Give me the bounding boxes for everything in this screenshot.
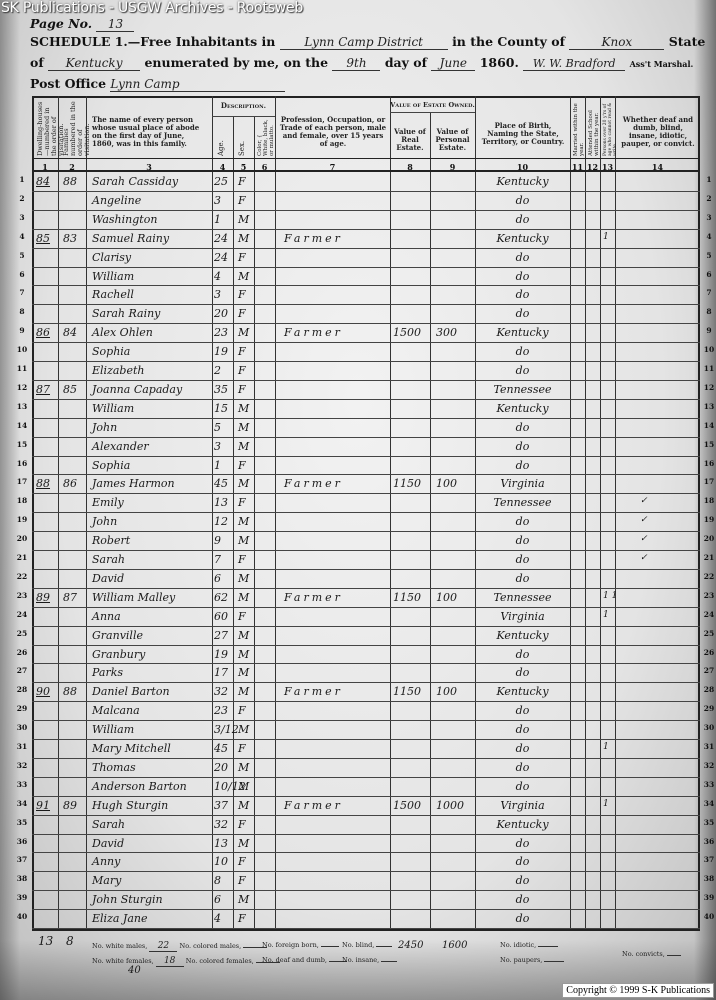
enumeration-line: of Kentucky enumerated by me, on the 9th… <box>30 55 693 71</box>
row-divider <box>32 777 700 778</box>
row-number-left: 7 <box>13 288 31 297</box>
row-number-right: 21 <box>700 553 716 562</box>
cell-birthplace: do <box>480 553 565 566</box>
cell-dwelling: 85 <box>36 232 50 245</box>
cell-occupation: Farmer <box>284 232 343 245</box>
cell-name: James Harmon <box>92 477 175 490</box>
row-number-left: 12 <box>13 383 31 392</box>
row-divider <box>32 701 700 702</box>
cell-birthplace: do <box>480 761 565 774</box>
cell-occupation: Farmer <box>284 799 343 812</box>
cell-birthplace: do <box>480 742 565 755</box>
row-number-left: 36 <box>13 837 31 846</box>
cell-age: 20 <box>214 307 228 320</box>
column-number: 5 <box>233 162 254 172</box>
column-divider <box>254 116 255 930</box>
cell-disability: ✓ <box>640 534 648 544</box>
cell-name: Joanna Capaday <box>92 383 182 396</box>
row-number-right: 22 <box>700 572 716 581</box>
cell-birthplace: do <box>480 345 565 358</box>
row-divider <box>32 229 700 230</box>
header-description: Description. <box>212 102 275 110</box>
cell-name: Washington <box>92 213 157 226</box>
cell-dwelling: 88 <box>36 477 50 490</box>
white-females-label: No. white females, <box>92 957 154 965</box>
cell-disability: ✓ <box>640 496 648 506</box>
idiotic-label: No. idiotic, <box>500 941 536 949</box>
cell-sex: M <box>238 591 249 604</box>
cell-sex: M <box>238 685 249 698</box>
cell-family: 87 <box>63 591 77 604</box>
paupers-label: No. paupers, <box>500 956 542 964</box>
post-office-label: Post Office <box>30 76 106 91</box>
row-divider <box>32 456 700 457</box>
row-divider <box>32 531 700 532</box>
footer-top-line <box>32 929 700 931</box>
row-number-left: 1 <box>13 175 31 184</box>
row-number-right: 27 <box>700 666 716 675</box>
column-number: 10 <box>475 162 570 172</box>
cell-name: Parks <box>92 666 123 679</box>
cell-sex: M <box>238 515 249 528</box>
row-divider <box>32 909 700 910</box>
footer-paupers: No. paupers, <box>500 956 564 964</box>
cell-sex: F <box>238 288 246 301</box>
cell-name: Hugh Sturgin <box>92 799 168 812</box>
row-divider <box>32 285 700 286</box>
cell-name: Sophia <box>92 345 130 358</box>
row-divider <box>32 210 700 211</box>
row-number-right: 6 <box>700 270 716 279</box>
cell-name: Sarah <box>92 818 125 831</box>
column-number: 11 <box>570 162 585 172</box>
row-number-right: 32 <box>700 761 716 770</box>
row-divider <box>32 663 700 664</box>
cell-sex: M <box>238 232 249 245</box>
row-number-left: 31 <box>13 742 31 751</box>
cell-sex: M <box>238 780 249 793</box>
cell-name: Elizabeth <box>92 364 144 377</box>
row-number-right: 19 <box>700 515 716 524</box>
footer-total-persons: 40 <box>128 965 141 976</box>
row-divider <box>32 682 700 683</box>
row-number-left: 38 <box>13 874 31 883</box>
row-number-left: 35 <box>13 818 31 827</box>
cell-age: 2 <box>214 364 221 377</box>
cell-age: 37 <box>214 799 228 812</box>
row-number-right: 20 <box>700 534 716 543</box>
census-page: SK Publications - USGW Archives - Rootsw… <box>0 0 716 1000</box>
cell-name: Daniel Barton <box>92 685 170 698</box>
cell-real-estate: 1150 <box>393 685 421 698</box>
column-number: 6 <box>254 162 275 172</box>
cell-birthplace: do <box>480 421 565 434</box>
cell-birthplace: Kentucky <box>480 402 565 415</box>
row-divider <box>32 834 700 835</box>
cell-sex: M <box>238 799 249 812</box>
cell-name: John <box>92 515 117 528</box>
row-number-left: 2 <box>13 194 31 203</box>
row-divider <box>32 399 700 400</box>
cell-birthplace: Kentucky <box>480 818 565 831</box>
row-number-left: 16 <box>13 459 31 468</box>
white-males-value: 22 <box>149 941 177 952</box>
row-number-right: 7 <box>700 288 716 297</box>
cell-sex: F <box>238 307 246 320</box>
cell-age: 13 <box>214 837 228 850</box>
row-number-right: 10 <box>700 345 716 354</box>
cell-sex: M <box>238 477 249 490</box>
row-divider <box>32 890 700 891</box>
cell-age: 6 <box>214 893 221 906</box>
row-number-right: 16 <box>700 459 716 468</box>
footer-insane: No. insane, <box>342 956 397 964</box>
cell-name: Granbury <box>92 648 145 661</box>
row-number-left: 40 <box>13 912 31 921</box>
colored-males-label: No. colored males, <box>180 942 242 950</box>
cell-name: Angeline <box>92 194 141 207</box>
cell-sex: F <box>238 175 246 188</box>
header-disability: Whether deaf and dumb, blind, insane, id… <box>620 116 696 148</box>
cell-age: 23 <box>214 326 228 339</box>
cell-family: 86 <box>63 477 77 490</box>
cell-birthplace: do <box>480 704 565 717</box>
day-of-label: day of <box>385 55 427 70</box>
cell-family: 89 <box>63 799 77 812</box>
white-males-label: No. white males, <box>92 942 147 950</box>
cell-personal-estate: 300 <box>436 326 457 339</box>
state-label: State <box>669 34 706 49</box>
row-divider <box>32 720 700 721</box>
cell-age: 3/12 <box>214 723 239 736</box>
footer-white-females: No. white females, 18 No. colored female… <box>92 956 280 967</box>
of-label: of <box>30 55 44 70</box>
row-divider <box>32 323 700 324</box>
header-school: Attended School within the year. <box>588 100 598 156</box>
cell-sex: F <box>238 553 246 566</box>
cell-age: 1 <box>214 459 221 472</box>
cell-birthplace: Kentucky <box>480 685 565 698</box>
cell-birthplace: do <box>480 307 565 320</box>
cell-name: Sarah Cassiday <box>92 175 178 188</box>
row-divider <box>32 852 700 853</box>
insane-blank <box>381 961 397 962</box>
cell-personal-estate: 100 <box>436 591 457 604</box>
row-number-right: 1 <box>700 175 716 184</box>
footer-white-males: No. white males, 22 No. colored males, <box>92 941 267 952</box>
row-number-right: 4 <box>700 232 716 241</box>
cell-age: 8 <box>214 874 221 887</box>
cell-sex: F <box>238 874 246 887</box>
row-number-right: 2 <box>700 194 716 203</box>
cell-sex: M <box>238 326 249 339</box>
column-number: 12 <box>585 162 600 172</box>
row-number-right: 35 <box>700 818 716 827</box>
cell-age: 32 <box>214 818 228 831</box>
cell-birthplace: do <box>480 364 565 377</box>
cell-age: 9 <box>214 534 221 547</box>
column-number: 3 <box>86 162 212 172</box>
cell-birthplace: do <box>480 666 565 679</box>
watermark: SK Publications - USGW Archives - Rootsw… <box>1 0 303 16</box>
cell-age: 4 <box>214 912 221 925</box>
cell-name: Granville <box>92 629 143 642</box>
row-number-right: 39 <box>700 893 716 902</box>
cell-sex: M <box>238 421 249 434</box>
row-divider <box>32 626 700 627</box>
header-estate: Value of Estate Owned. <box>390 101 475 109</box>
row-number-left: 24 <box>13 610 31 619</box>
cell-sex: F <box>238 855 246 868</box>
cell-name: John <box>92 421 117 434</box>
row-divider <box>32 474 700 475</box>
cell-dwelling: 90 <box>36 685 50 698</box>
row-number-left: 32 <box>13 761 31 770</box>
cell-occupation: Farmer <box>284 591 343 604</box>
row-number-right: 18 <box>700 496 716 505</box>
footer-deaf-dumb: No. deaf and dumb, <box>262 956 347 964</box>
row-number-left: 18 <box>13 496 31 505</box>
cell-family: 88 <box>63 685 77 698</box>
row-number-left: 14 <box>13 421 31 430</box>
header-married: Married within the year. <box>573 100 583 156</box>
row-number-right: 26 <box>700 648 716 657</box>
deaf-dumb-label: No. deaf and dumb, <box>262 956 327 964</box>
enumerated-label: enumerated by me, on the <box>144 55 328 70</box>
copyright-notice: Copyright © 1999 S-K Publications <box>562 983 714 998</box>
cell-personal-estate: 100 <box>436 477 457 490</box>
row-divider <box>32 607 700 608</box>
row-number-left: 23 <box>13 591 31 600</box>
schedule-label: SCHEDULE 1.—Free Inhabitants in <box>30 34 275 49</box>
cell-name: Anderson Barton <box>92 780 187 793</box>
cell-sex: M <box>238 666 249 679</box>
row-number-right: 34 <box>700 799 716 808</box>
cell-name: William <box>92 723 134 736</box>
cell-sex: F <box>238 818 246 831</box>
cell-illiterate: 1 <box>603 610 609 620</box>
cell-real-estate: 1500 <box>393 799 421 812</box>
footer-convicts: No. convicts, <box>622 950 681 958</box>
cell-birthplace: do <box>480 648 565 661</box>
cell-sex: F <box>238 742 246 755</box>
cell-name: Mary Mitchell <box>92 742 171 755</box>
row-number-left: 27 <box>13 666 31 675</box>
row-number-left: 39 <box>13 893 31 902</box>
row-number-left: 26 <box>13 648 31 657</box>
cell-name: Emily <box>92 496 124 509</box>
cell-illiterate: 1 1 <box>603 591 617 601</box>
row-number-right: 28 <box>700 685 716 694</box>
month-value: June <box>431 56 475 71</box>
row-divider <box>32 758 700 759</box>
cell-birthplace: do <box>480 912 565 925</box>
cell-age: 60 <box>214 610 228 623</box>
cell-age: 35 <box>214 383 228 396</box>
cell-birthplace: Tennessee <box>480 496 565 509</box>
cell-age: 24 <box>214 251 228 264</box>
cell-name: Clarisy <box>92 251 131 264</box>
cell-sex: M <box>238 213 249 226</box>
row-divider <box>32 267 700 268</box>
cell-birthplace: Kentucky <box>480 326 565 339</box>
header-bottom-line <box>32 158 700 159</box>
column-divider <box>233 116 234 930</box>
cell-age: 45 <box>214 477 228 490</box>
column-number: 13 <box>600 162 615 172</box>
row-number-left: 8 <box>13 307 31 316</box>
header-real-estate: Value of Real Estate. <box>392 128 428 152</box>
row-number-right: 23 <box>700 591 716 600</box>
cell-age: 19 <box>214 345 228 358</box>
cell-age: 24 <box>214 232 228 245</box>
post-office-line: Post Office Lynn Camp <box>30 76 285 92</box>
cell-birthplace: do <box>480 251 565 264</box>
cell-sex: M <box>238 402 249 415</box>
cell-birthplace: Kentucky <box>480 175 565 188</box>
cell-age: 62 <box>214 591 228 604</box>
row-number-left: 29 <box>13 704 31 713</box>
cell-age: 17 <box>214 666 228 679</box>
column-number: 2 <box>58 162 86 172</box>
cell-name: Sarah <box>92 553 125 566</box>
cell-age: 19 <box>214 648 228 661</box>
row-number-right: 25 <box>700 629 716 638</box>
row-number-left: 19 <box>13 515 31 524</box>
cell-sex: M <box>238 723 249 736</box>
row-number-left: 5 <box>13 251 31 260</box>
footer-blind: No. blind, <box>342 941 392 949</box>
row-number-right: 24 <box>700 610 716 619</box>
cell-real-estate: 1150 <box>393 477 421 490</box>
row-number-right: 5 <box>700 251 716 260</box>
cell-age: 20 <box>214 761 228 774</box>
row-number-left: 37 <box>13 855 31 864</box>
cell-name: Sophia <box>92 459 130 472</box>
cell-disability: ✓ <box>640 553 648 563</box>
cell-age: 45 <box>214 742 228 755</box>
cell-illiterate: 1 <box>603 232 609 242</box>
blind-label: No. blind, <box>342 941 374 949</box>
cell-age: 23 <box>214 704 228 717</box>
cell-birthplace: do <box>480 194 565 207</box>
cell-sex: M <box>238 440 249 453</box>
row-number-right: 13 <box>700 402 716 411</box>
cell-personal-estate: 1000 <box>436 799 464 812</box>
cell-name: John Sturgin <box>92 893 163 906</box>
row-number-left: 4 <box>13 232 31 241</box>
row-number-left: 22 <box>13 572 31 581</box>
cell-family: 84 <box>63 326 77 339</box>
cell-dwelling: 87 <box>36 383 50 396</box>
cell-birthplace: Tennessee <box>480 383 565 396</box>
cell-name: William <box>92 402 134 415</box>
cell-occupation: Farmer <box>284 477 343 490</box>
header-dwelling: Dwelling-houses—numbered in the order of… <box>37 100 55 156</box>
row-number-right: 37 <box>700 855 716 864</box>
cell-age: 3 <box>214 440 221 453</box>
cell-sex: F <box>238 194 246 207</box>
column-number: 7 <box>275 162 390 172</box>
row-divider <box>32 304 700 305</box>
header-age: Age. <box>218 136 228 156</box>
year-value: 1860. <box>480 55 519 70</box>
row-number-left: 9 <box>13 326 31 335</box>
page-number-line: Page No. 13 <box>30 16 134 32</box>
cell-birthplace: do <box>480 288 565 301</box>
cell-sex: M <box>238 648 249 661</box>
column-divider <box>430 112 431 930</box>
state-value: Kentucky <box>48 56 140 71</box>
cell-name: William Malley <box>92 591 175 604</box>
cell-birthplace: Virginia <box>480 477 565 490</box>
cell-sex: M <box>238 837 249 850</box>
cell-name: Robert <box>92 534 130 547</box>
row-number-right: 3 <box>700 213 716 222</box>
row-divider <box>32 248 700 249</box>
cell-sex: M <box>238 572 249 585</box>
cell-sex: M <box>238 270 249 283</box>
paupers-blank <box>544 961 564 962</box>
cell-sex: F <box>238 496 246 509</box>
district-value: Lynn Camp District <box>280 35 448 50</box>
cell-birthplace: do <box>480 874 565 887</box>
row-divider <box>32 361 700 362</box>
row-divider <box>32 512 700 513</box>
row-number-right: 12 <box>700 383 716 392</box>
row-number-right: 31 <box>700 742 716 751</box>
estate-underline <box>390 112 475 113</box>
marshal-label: Ass't Marshal. <box>630 59 694 69</box>
cell-real-estate: 1500 <box>393 326 421 339</box>
header-sex: Sex. <box>239 136 249 156</box>
cell-sex: F <box>238 251 246 264</box>
row-number-left: 15 <box>13 440 31 449</box>
footer-families-total: 8 <box>66 934 74 948</box>
cell-occupation: Farmer <box>284 326 343 339</box>
row-number-right: 33 <box>700 780 716 789</box>
row-divider <box>32 437 700 438</box>
header-illiterate: Persons over 20 y'rs of age who cannot r… <box>603 100 613 156</box>
row-number-right: 8 <box>700 307 716 316</box>
marshal-name: W. W. Bradford <box>523 57 625 71</box>
row-number-left: 13 <box>13 402 31 411</box>
row-number-left: 17 <box>13 477 31 486</box>
post-office-value: Lynn Camp <box>110 77 285 92</box>
header-color: Color, { White, black, or mulatto. <box>257 118 273 156</box>
row-number-left: 6 <box>13 270 31 279</box>
row-divider <box>32 191 700 192</box>
row-number-right: 30 <box>700 723 716 732</box>
row-number-left: 28 <box>13 685 31 694</box>
cell-name: Anna <box>92 610 121 623</box>
cell-sex: M <box>238 761 249 774</box>
cell-birthplace: do <box>480 213 565 226</box>
cell-name: Eliza Jane <box>92 912 147 925</box>
cell-name: Rachell <box>92 288 134 301</box>
cell-age: 25 <box>214 175 228 188</box>
cell-sex: F <box>238 912 246 925</box>
cell-dwelling: 84 <box>36 175 50 188</box>
row-number-left: 25 <box>13 629 31 638</box>
cell-sex: M <box>238 893 249 906</box>
row-divider <box>32 493 700 494</box>
cell-dwelling: 89 <box>36 591 50 604</box>
header-name: The name of every person whose usual pla… <box>92 116 207 148</box>
cell-occupation: Farmer <box>284 685 343 698</box>
foreign-born-label: No. foreign born, <box>262 941 319 949</box>
foreign-born-blank <box>321 946 339 947</box>
